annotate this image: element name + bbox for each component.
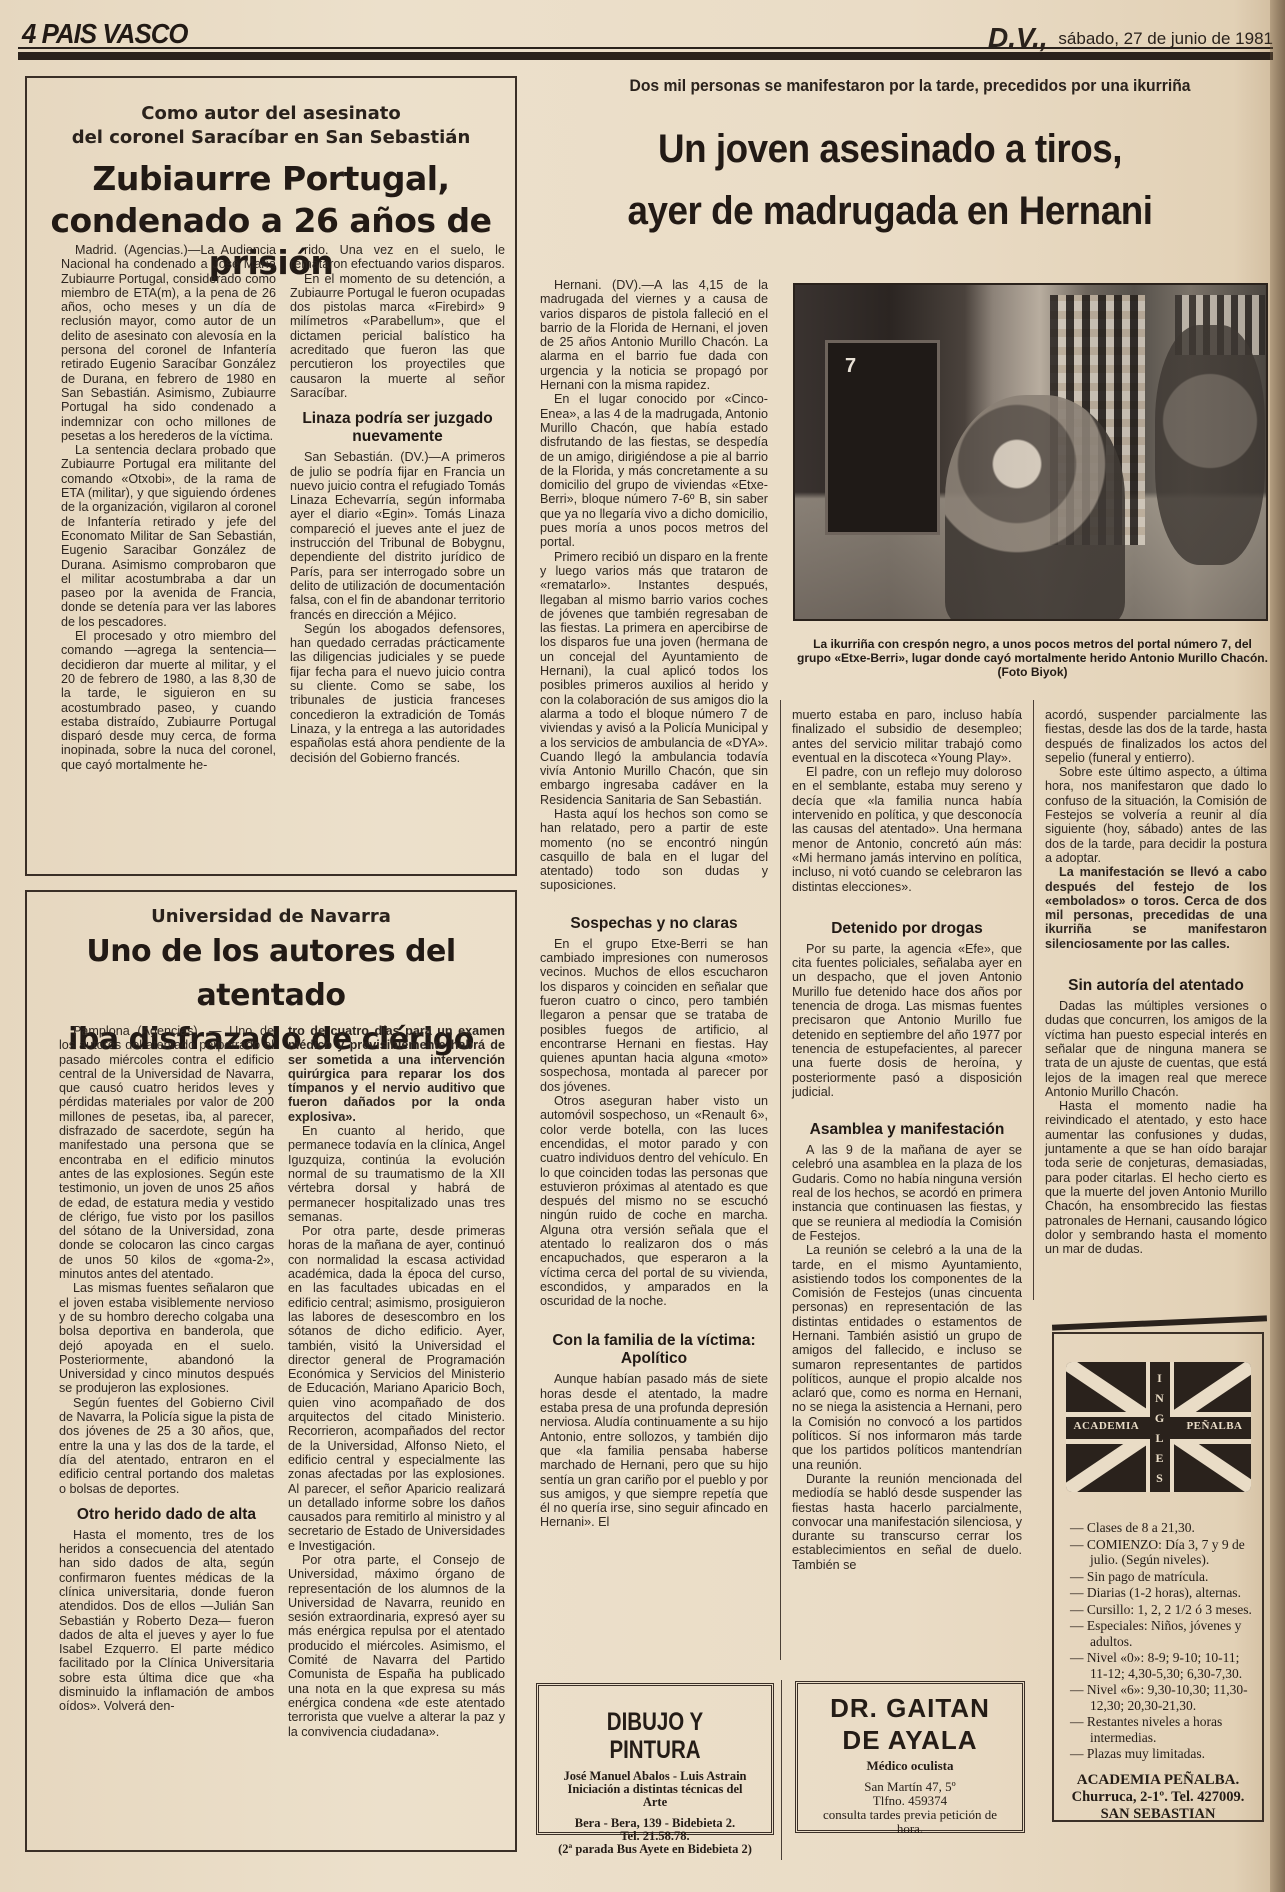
paragraph: Hasta aquí los hechos son como se han re… xyxy=(540,807,768,893)
paragraph: Primero recibió un disparo en la frente … xyxy=(540,550,768,807)
hernani-column-2: muerto estaba en paro, incluso había fin… xyxy=(792,708,1022,1572)
article-columns: Madrid. (Agencias.)—La Audiencia Naciona… xyxy=(61,243,505,772)
paragraph: Madrid. (Agencias.)—La Audiencia Naciona… xyxy=(61,243,276,443)
subheading: Linaza podría ser juzgado nuevamente xyxy=(290,410,505,446)
news-photo: 7 xyxy=(793,283,1268,621)
issue-date: sábado, 27 de junio de 1981 xyxy=(1058,29,1273,48)
headline-line: Zubiaurre Portugal, xyxy=(27,158,515,200)
paragraph: El procesado y otro miembro del comando … xyxy=(61,629,276,772)
ad-title-line: DE AYALA xyxy=(798,1724,1022,1756)
paragraph: Hasta el momento, tres de los heridos a … xyxy=(59,1528,274,1714)
column-divider xyxy=(781,1680,782,1860)
paragraph: Otros aseguran haber visto un automóvil … xyxy=(540,1094,768,1308)
paragraph: Pamplona (Agencias). — Uno de los autore… xyxy=(59,1024,274,1281)
paragraph: En el momento de su detención, a Zubiaur… xyxy=(290,272,505,401)
paragraph: Según los abogados defensores, han queda… xyxy=(290,622,505,765)
paragraph: Las mismas fuentes señalaron que el jove… xyxy=(59,1281,274,1395)
paragraph: La manifestación se llevó a cabo después… xyxy=(1045,865,1267,951)
ad-dibujo-pintura: DIBUJO Y PINTURA José Manuel Abalos - Lu… xyxy=(536,1683,774,1835)
flag-text-left: ACADEMIA xyxy=(1074,1420,1140,1432)
column-1: Pamplona (Agencias). — Uno de los autore… xyxy=(59,1024,274,1739)
ad-description: Iniciación a distintas técnicas del Arte xyxy=(539,1783,771,1809)
paragraph: Hernani. (DV).—A las 4,15 de la madrugad… xyxy=(540,278,768,392)
subheading: Otro herido dado de alta xyxy=(59,1506,274,1524)
paragraph: Según fuentes del Gobierno Civil de Nava… xyxy=(59,1396,274,1496)
article-kicker: Como autor del asesinato del coronel Sar… xyxy=(27,102,515,150)
paragraph: Durante la reunión mencionada del mediod… xyxy=(792,1472,1022,1572)
paragraph: Por otra parte, desde primeras horas de … xyxy=(288,1224,505,1553)
list-item: Clases de 8 a 21,30. xyxy=(1070,1520,1252,1536)
paragraph: tro de cuatro días para un examen médico… xyxy=(288,1024,505,1124)
list-item: Especiales: Niños, jóvenes y adultos. xyxy=(1070,1618,1252,1649)
list-item: Cursillo: 1, 2, 2 1/2 ó 3 meses. xyxy=(1070,1602,1252,1618)
headline-line: Un joven asesinado a tiros, xyxy=(568,118,1212,180)
column-2: tro de cuatro días para un examen médico… xyxy=(288,1024,505,1739)
article-columns: Pamplona (Agencias). — Uno de los autore… xyxy=(59,1024,505,1739)
article-kicker: Dos mil personas se manifestaron por la … xyxy=(578,76,1243,96)
hernani-column-3: acordó, suspender parcialmente las fiest… xyxy=(1045,708,1267,1256)
headline-line: Uno de los autores del atentado xyxy=(27,930,515,1018)
column-2: rido. Una vez en el suelo, le remataron … xyxy=(290,243,505,772)
headline-line: ayer de madrugada en Hernani xyxy=(568,180,1212,242)
ad-note: (2ª parada Bus Ayete en Bidebieta 2) xyxy=(539,1843,771,1856)
photo-plant xyxy=(945,395,1125,621)
ad-title: DR. GAITAN DE AYALA xyxy=(798,1692,1022,1756)
subheading: Detenido por drogas xyxy=(792,920,1022,938)
ad-hours: consulta tardes previa petición de hora. xyxy=(798,1808,1022,1836)
subheading: Sin autoría del atentado xyxy=(1045,977,1267,995)
kicker-line: Como autor del asesinato xyxy=(27,102,515,126)
ad-title-line: DR. GAITAN xyxy=(798,1692,1022,1724)
ad-address: San Martín 47, 5º xyxy=(798,1780,1022,1794)
flag-text-right: PEÑALBA xyxy=(1186,1420,1242,1432)
article-headline: Un joven asesinado a tiros, ayer de madr… xyxy=(568,118,1212,242)
masthead-rule-thin xyxy=(18,47,1273,49)
paragraph: muerto estaba en paro, incluso había fin… xyxy=(792,708,1022,765)
photo-doorway xyxy=(825,340,940,535)
paragraph: acordó, suspender parcialmente las fiest… xyxy=(1045,708,1267,765)
kicker-line: del coronel Saracíbar en San Sebastián xyxy=(27,126,515,150)
paragraph: En cuanto al herido, que permanece todav… xyxy=(288,1124,505,1224)
newspaper-page: 4 PAIS VASCO D.V., sábado, 27 de junio d… xyxy=(0,0,1285,1892)
list-item: Restantes niveles a horas intermedias. xyxy=(1070,1714,1252,1745)
paragraph: Hasta el momento nadie ha reivindicado e… xyxy=(1045,1099,1267,1256)
paragraph: Dadas las múltiples versiones o dudas qu… xyxy=(1045,999,1267,1099)
column-1: Madrid. (Agencias.)—La Audiencia Naciona… xyxy=(61,243,276,772)
paragraph: La reunión se celebró a la una de la tar… xyxy=(792,1243,1022,1472)
article-kicker: Universidad de Navarra xyxy=(27,906,515,928)
section-title: 4 PAIS VASCO xyxy=(22,18,188,50)
article-navarra: Universidad de Navarra Uno de los autore… xyxy=(25,890,517,1852)
paragraph: A las 9 de la mañana de ayer se celebró … xyxy=(792,1143,1022,1243)
ad-footer-city: SAN SEBASTIAN xyxy=(1054,1806,1262,1823)
subheading: Sospechas y no claras xyxy=(540,915,768,933)
list-item: Diarias (1-2 horas), alternas. xyxy=(1070,1585,1252,1601)
ad-course-list: Clases de 8 a 21,30. COMIENZO: Día 3, 7 … xyxy=(1070,1520,1252,1762)
ad-phone: Tlfno. 459374 xyxy=(798,1794,1022,1808)
photo-tree xyxy=(1155,325,1265,565)
photo-door-number: 7 xyxy=(845,355,856,378)
ad-academia-penalba: ACADEMIA PEÑALBA INGLES Clases de 8 a 21… xyxy=(1052,1332,1264,1822)
article-zubiaurre: Como autor del asesinato del coronel Sar… xyxy=(25,76,517,876)
photo-caption: La ikurriña con crespón negro, a unos po… xyxy=(795,637,1270,679)
list-item: Nivel «6»: 9,30-10,30; 11,30-12,30; 20,3… xyxy=(1070,1682,1252,1713)
ad-top-rule xyxy=(1052,1315,1267,1330)
subheading: Con la familia de la víctima: Apolítico xyxy=(540,1332,768,1368)
column-divider xyxy=(1033,700,1034,1300)
paragraph: Por otra parte, el Consejo de Universida… xyxy=(288,1553,505,1739)
list-item: Plazas muy limitadas. xyxy=(1070,1746,1252,1762)
column-divider xyxy=(780,700,781,1660)
list-item: Nivel «0»: 8-9; 9-10; 10-11; 11-12; 4,30… xyxy=(1070,1650,1252,1681)
paragraph: El padre, con un reflejo muy doloroso en… xyxy=(792,765,1022,894)
dateline: D.V., sábado, 27 de junio de 1981 xyxy=(988,22,1273,54)
subheading: Asamblea y manifestación xyxy=(792,1121,1022,1139)
union-jack-flag-icon: ACADEMIA PEÑALBA INGLES xyxy=(1066,1362,1251,1492)
flag-text-vertical: INGLES xyxy=(1154,1368,1166,1488)
list-item: Sin pago de matrícula. xyxy=(1070,1569,1252,1585)
paragraph: Por su parte, la agencia «Efe», que cita… xyxy=(792,942,1022,1099)
list-item: COMIENZO: Día 3, 7 y 9 de julio. (Según … xyxy=(1070,1537,1252,1568)
paragraph: En el lugar conocido por «Cinco-Enea», a… xyxy=(540,392,768,549)
paragraph: Aunque habían pasado más de siete horas … xyxy=(540,1372,768,1529)
paragraph: En el grupo Etxe-Berri se han cambiado i… xyxy=(540,937,768,1094)
hernani-column-1: Hernani. (DV).—A las 4,15 de la madrugad… xyxy=(540,278,768,1530)
ad-footer-address: Churruca, 2-1º. Tel. 427009. xyxy=(1054,1789,1262,1806)
paragraph: rido. Una vez en el suelo, le remataron … xyxy=(290,243,505,272)
paragraph: Sobre este último aspecto, a última hora… xyxy=(1045,765,1267,865)
ad-dr-gaitan: DR. GAITAN DE AYALA Médico oculista San … xyxy=(795,1681,1025,1833)
paragraph: La sentencia declara probado que Zubiaur… xyxy=(61,443,276,629)
paragraph: San Sebastián. (DV.)—A primeros de julio… xyxy=(290,450,505,622)
page-edge-shadow xyxy=(1270,0,1285,1892)
masthead-rule-thick xyxy=(18,52,1273,60)
ad-title: DIBUJO Y PINTURA xyxy=(560,1708,750,1764)
ad-footer-name: ACADEMIA PEÑALBA. xyxy=(1054,1772,1262,1789)
ad-specialty: Médico oculista xyxy=(798,1758,1022,1774)
